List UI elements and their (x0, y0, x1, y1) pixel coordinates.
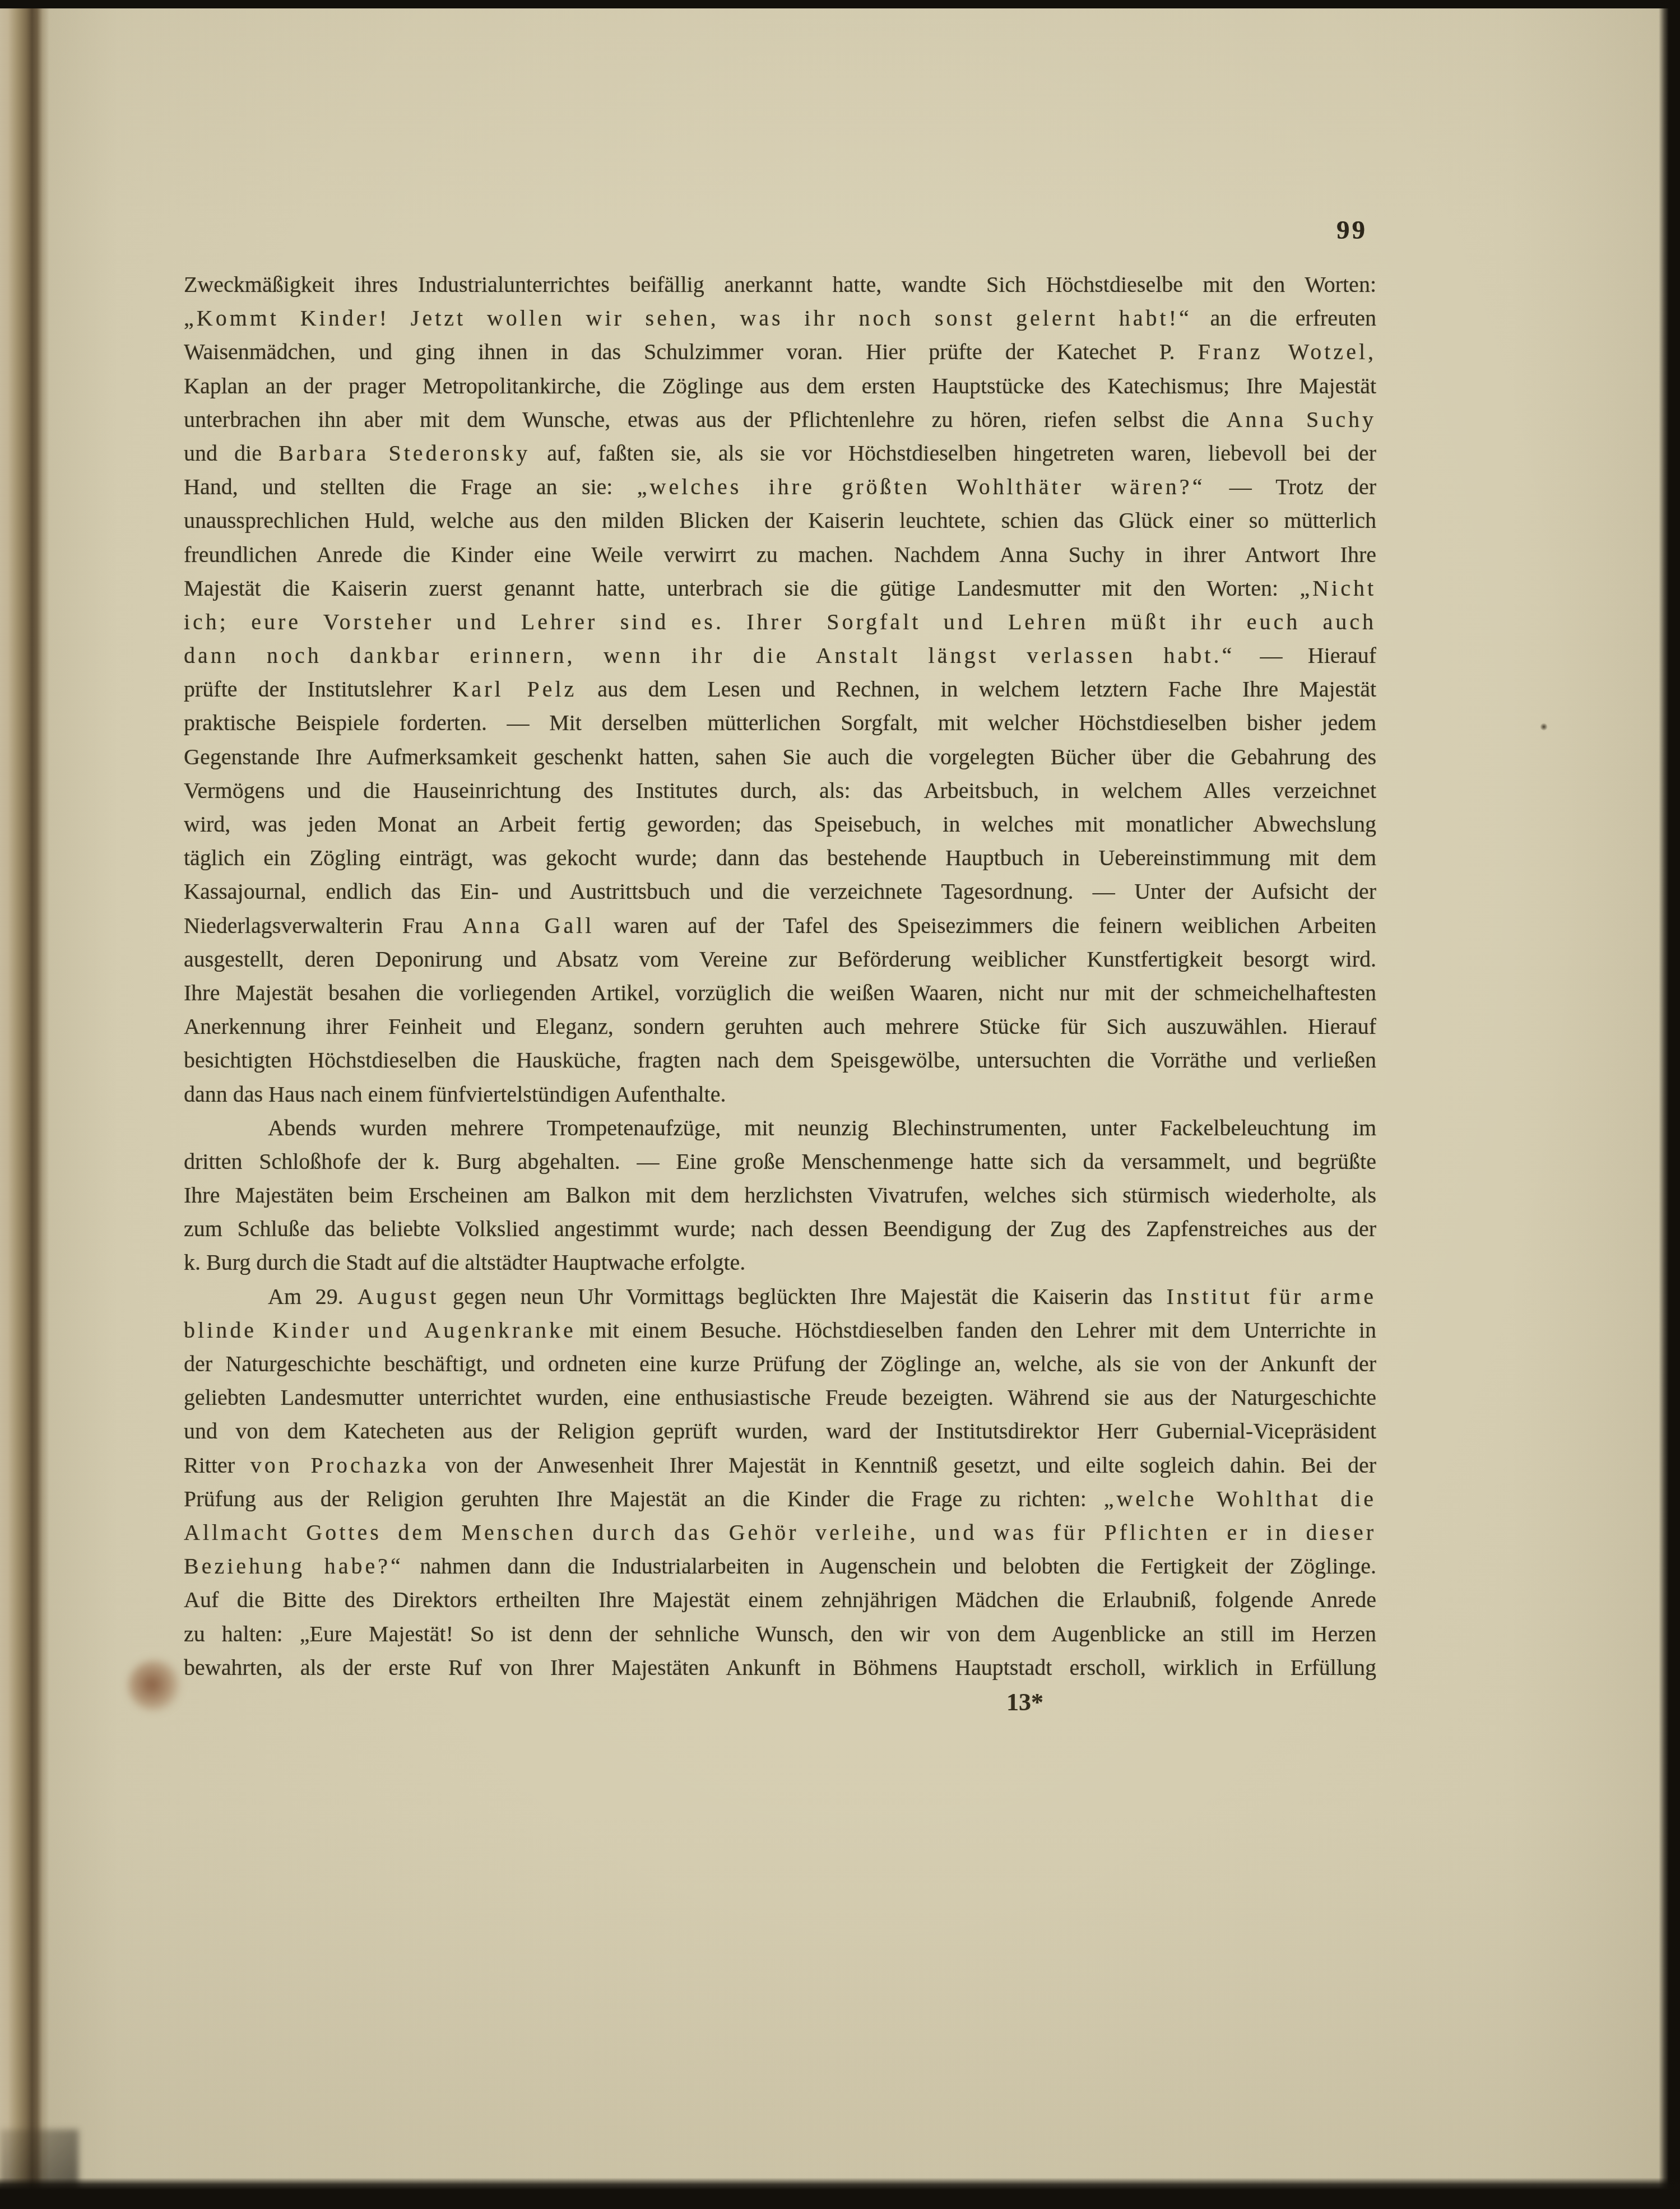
text-line: ausgestellt, deren Deponirung und Absatz… (184, 943, 1376, 976)
body-text-segment: unaussprechlichen Huld, welche aus den m… (184, 508, 1376, 533)
body-text-segment: aus dem Lesen und Rechnen, in welchem le… (577, 676, 1376, 702)
text-line: Vermögens und die Hauseinrichtung des In… (184, 774, 1376, 808)
emphasized-spaced-text: Institut für arme (1166, 1284, 1376, 1309)
body-text-segment: Anerkennung ihrer Feinheit und Eleganz, … (184, 1014, 1376, 1039)
text-line: k. Burg durch die Stadt auf die altstädt… (184, 1246, 1376, 1279)
emphasized-spaced-text: Karl Pelz (452, 676, 577, 702)
text-line: praktische Beispiele forderten. — Mit de… (184, 706, 1376, 740)
body-text-segment: Niederlagsverwalterin Frau (184, 913, 463, 938)
body-text-segment: und von dem Katecheten aus der Religion … (184, 1418, 1376, 1444)
body-text-segment: — Trotz der (1205, 474, 1376, 499)
fly-speck (1540, 723, 1548, 731)
text-line: Abends wurden mehrere Trompetenaufzüge, … (184, 1111, 1376, 1145)
body-text-segment: k. Burg durch die Stadt auf die altstädt… (184, 1250, 745, 1275)
text-line: Gegenstande Ihre Aufmerksamkeit geschenk… (184, 740, 1376, 774)
emphasized-spaced-text: Anna Suchy (1227, 407, 1376, 432)
body-text-segment: wird, was jeden Monat an Arbeit fertig g… (184, 811, 1376, 837)
emphasized-spaced-text: August (358, 1284, 439, 1309)
text-line: Zweckmäßigkeit ihres Industrialunterrich… (184, 268, 1376, 301)
text-line: täglich ein Zögling einträgt, was gekoch… (184, 841, 1376, 875)
signature-mark: 13* (1006, 1688, 1043, 1716)
text-line: Majestät die Kaiserin zuerst genannt hat… (184, 572, 1376, 605)
emphasized-spaced-text: Allmacht Gottes dem Menschen durch das G… (184, 1520, 1376, 1545)
emphasized-spaced-text: ich; eure Vorsteher und Lehrer sind es. … (184, 609, 1376, 634)
body-text-segment: Ritter (184, 1452, 250, 1478)
text-line: wird, was jeden Monat an Arbeit fertig g… (184, 808, 1376, 841)
body-text-segment: an die erfreuten (1192, 305, 1376, 331)
body-text-segment: — Hierauf (1235, 643, 1376, 668)
body-text-segment: dann das Haus nach einem fünfviertelstün… (184, 1082, 726, 1107)
body-text-segment: Gegenstande Ihre Aufmerksamkeit geschenk… (184, 744, 1376, 769)
ink-stain (128, 1660, 182, 1711)
emphasized-spaced-text: Franz Wotzel, (1198, 339, 1376, 364)
scan-edge-right (1659, 0, 1680, 2209)
text-line: bewahrten, als der erste Ruf von Ihrer M… (184, 1651, 1376, 1684)
body-text-segment: Auf die Bitte des Direktors ertheilten I… (184, 1587, 1376, 1612)
text-line: Allmacht Gottes dem Menschen durch das G… (184, 1516, 1376, 1549)
body-text-segment: täglich ein Zögling einträgt, was gekoch… (184, 845, 1376, 870)
body-text-segment: Vermögens und die Hauseinrichtung des In… (184, 778, 1376, 803)
text-line: dritten Schloßhofe der k. Burg abgehalte… (184, 1145, 1376, 1178)
body-text-segment: Am 29. (268, 1284, 358, 1309)
text-line: zu halten: „Eure Majestät! So ist denn d… (184, 1617, 1376, 1651)
text-line: blinde Kinder und Augenkranke mit einem … (184, 1314, 1376, 1347)
body-text-segment: ausgestellt, deren Deponirung und Absatz… (184, 946, 1376, 972)
body-text-segment: und die (184, 440, 279, 466)
body-text-segment: der Naturgeschichte beschäftigt, und ord… (184, 1351, 1376, 1376)
text-line: besichtigten Höchstdieselben die Hausküc… (184, 1043, 1376, 1077)
body-text-segment: mit einem Besuche. Höchstdieselben fande… (576, 1317, 1376, 1343)
text-line: prüfte der Institutslehrer Karl Pelz aus… (184, 672, 1376, 706)
body-text-segment: gegen neun Uhr Vormittags beglückten Ihr… (439, 1284, 1166, 1309)
emphasized-spaced-text: „welche Wohlthat die (1104, 1486, 1376, 1511)
text-line: Ihre Majestäten beim Erscheinen am Balko… (184, 1178, 1376, 1212)
text-line: unaussprechlichen Huld, welche aus den m… (184, 504, 1376, 537)
text-line: Kassajournal, endlich das Ein- und Austr… (184, 875, 1376, 908)
body-text-segment: Waisenmädchen, und ging ihnen in das Sch… (184, 339, 1198, 364)
body-text-segment: von der Anwesenheit Ihrer Majestät in Ke… (429, 1452, 1376, 1478)
body-text-segment: Ihre Majestät besahen die vorliegenden A… (184, 980, 1376, 1005)
body-text-segment: Kassajournal, endlich das Ein- und Austr… (184, 879, 1376, 904)
scanned-book-page: 99 Zweckmäßigkeit ihres Industrialunterr… (0, 0, 1680, 2209)
body-text-segment: praktische Beispiele forderten. — Mit de… (184, 710, 1376, 735)
book-gutter-shadow (0, 0, 49, 2209)
text-line: „Kommt Kinder! Jetzt wollen wir sehen, w… (184, 301, 1376, 335)
emphasized-spaced-text: „Kommt Kinder! Jetzt wollen wir sehen, w… (184, 305, 1192, 331)
body-text-segment: besichtigten Höchstdieselben die Hausküc… (184, 1047, 1376, 1073)
body-text-segment: geliebten Landesmutter unterrichtet wurd… (184, 1385, 1376, 1410)
body-text-segment: Ihre Majestäten beim Erscheinen am Balko… (184, 1182, 1376, 1208)
scan-edge-bottom (0, 2178, 1680, 2209)
body-text-segment: auf, faßten sie, als sie vor Höchstdiese… (530, 440, 1376, 466)
text-line: unterbrachen ihn aber mit dem Wunsche, e… (184, 403, 1376, 437)
body-text-segment: dritten Schloßhofe der k. Burg abgehalte… (184, 1149, 1376, 1174)
text-line: Niederlagsverwalterin Frau Anna Gall war… (184, 909, 1376, 943)
emphasized-spaced-text: von Prochazka (250, 1452, 429, 1478)
text-line: und von dem Katecheten aus der Religion … (184, 1414, 1376, 1448)
body-text-segment: zu halten: „Eure Majestät! So ist denn d… (184, 1621, 1376, 1646)
text-line: der Naturgeschichte beschäftigt, und ord… (184, 1347, 1376, 1381)
emphasized-spaced-text: Barbara Stederonsky (279, 440, 530, 466)
emphasized-spaced-text: „Nicht (1300, 576, 1376, 601)
text-line: dann das Haus nach einem fünfviertelstün… (184, 1078, 1376, 1111)
text-line: Auf die Bitte des Direktors ertheilten I… (184, 1583, 1376, 1617)
body-text-segment: Zweckmäßigkeit ihres Industrialunterrich… (184, 272, 1376, 297)
text-line: Am 29. August gegen neun Uhr Vormittags … (184, 1280, 1376, 1314)
body-text-segment: prüfte der Institutslehrer (184, 676, 452, 702)
text-line: Prüfung aus der Religion geruhten Ihre M… (184, 1482, 1376, 1516)
text-line: freundlichen Anrede die Kinder eine Weil… (184, 538, 1376, 572)
body-text-segment: nahmen dann die Industrialarbeiten in Au… (403, 1553, 1376, 1579)
text-line: Kaplan an der prager Metropolitankirche,… (184, 369, 1376, 403)
body-text-segment: zum Schluße das beliebte Volkslied anges… (184, 1216, 1376, 1241)
body-text-segment: Abends wurden mehrere Trompetenaufzüge, … (268, 1115, 1376, 1140)
text-line: Waisenmädchen, und ging ihnen in das Sch… (184, 335, 1376, 369)
body-text-segment: Hand, und stellten die Frage an sie: (184, 474, 637, 499)
text-line: geliebten Landesmutter unterrichtet wurd… (184, 1381, 1376, 1414)
body-text-segment: unterbrachen ihn aber mit dem Wunsche, e… (184, 407, 1227, 432)
body-text-segment: Prüfung aus der Religion geruhten Ihre M… (184, 1486, 1104, 1511)
text-line: zum Schluße das beliebte Volkslied anges… (184, 1212, 1376, 1246)
emphasized-spaced-text: Anna Gall (463, 913, 595, 938)
text-line: Anerkennung ihrer Feinheit und Eleganz, … (184, 1010, 1376, 1043)
text-line: dann noch dankbar erinnern, wenn ihr die… (184, 639, 1376, 672)
body-text-segment: bewahrten, als der erste Ruf von Ihrer M… (184, 1655, 1376, 1680)
body-text-segment: Majestät die Kaiserin zuerst genannt hat… (184, 576, 1300, 601)
emphasized-spaced-text: blinde Kinder und Augenkranke (184, 1317, 576, 1343)
emphasized-spaced-text: „welches ihre größten Wohlthäter wären?“ (637, 474, 1205, 499)
text-line: ich; eure Vorsteher und Lehrer sind es. … (184, 605, 1376, 639)
text-line: und die Barbara Stederonsky auf, faßten … (184, 437, 1376, 470)
scan-edge-top (0, 0, 1680, 8)
emphasized-spaced-text: dann noch dankbar erinnern, wenn ihr die… (184, 643, 1235, 668)
body-text-segment: Kaplan an der prager Metropolitankirche,… (184, 373, 1376, 398)
text-line: Ritter von Prochazka von der Anwesenheit… (184, 1449, 1376, 1482)
body-text-segment: waren auf der Tafel des Speisezimmers di… (594, 913, 1376, 938)
text-line: Hand, und stellten die Frage an sie: „we… (184, 470, 1376, 504)
emphasized-spaced-text: Beziehung habe?“ (184, 1553, 403, 1579)
body-text-segment: freundlichen Anrede die Kinder eine Weil… (184, 542, 1376, 567)
text-line: Ihre Majestät besahen die vorliegenden A… (184, 976, 1376, 1010)
page-number: 99 (1283, 215, 1367, 245)
text-line: Beziehung habe?“ nahmen dann die Industr… (184, 1549, 1376, 1583)
body-text: Zweckmäßigkeit ihres Industrialunterrich… (184, 268, 1376, 1684)
